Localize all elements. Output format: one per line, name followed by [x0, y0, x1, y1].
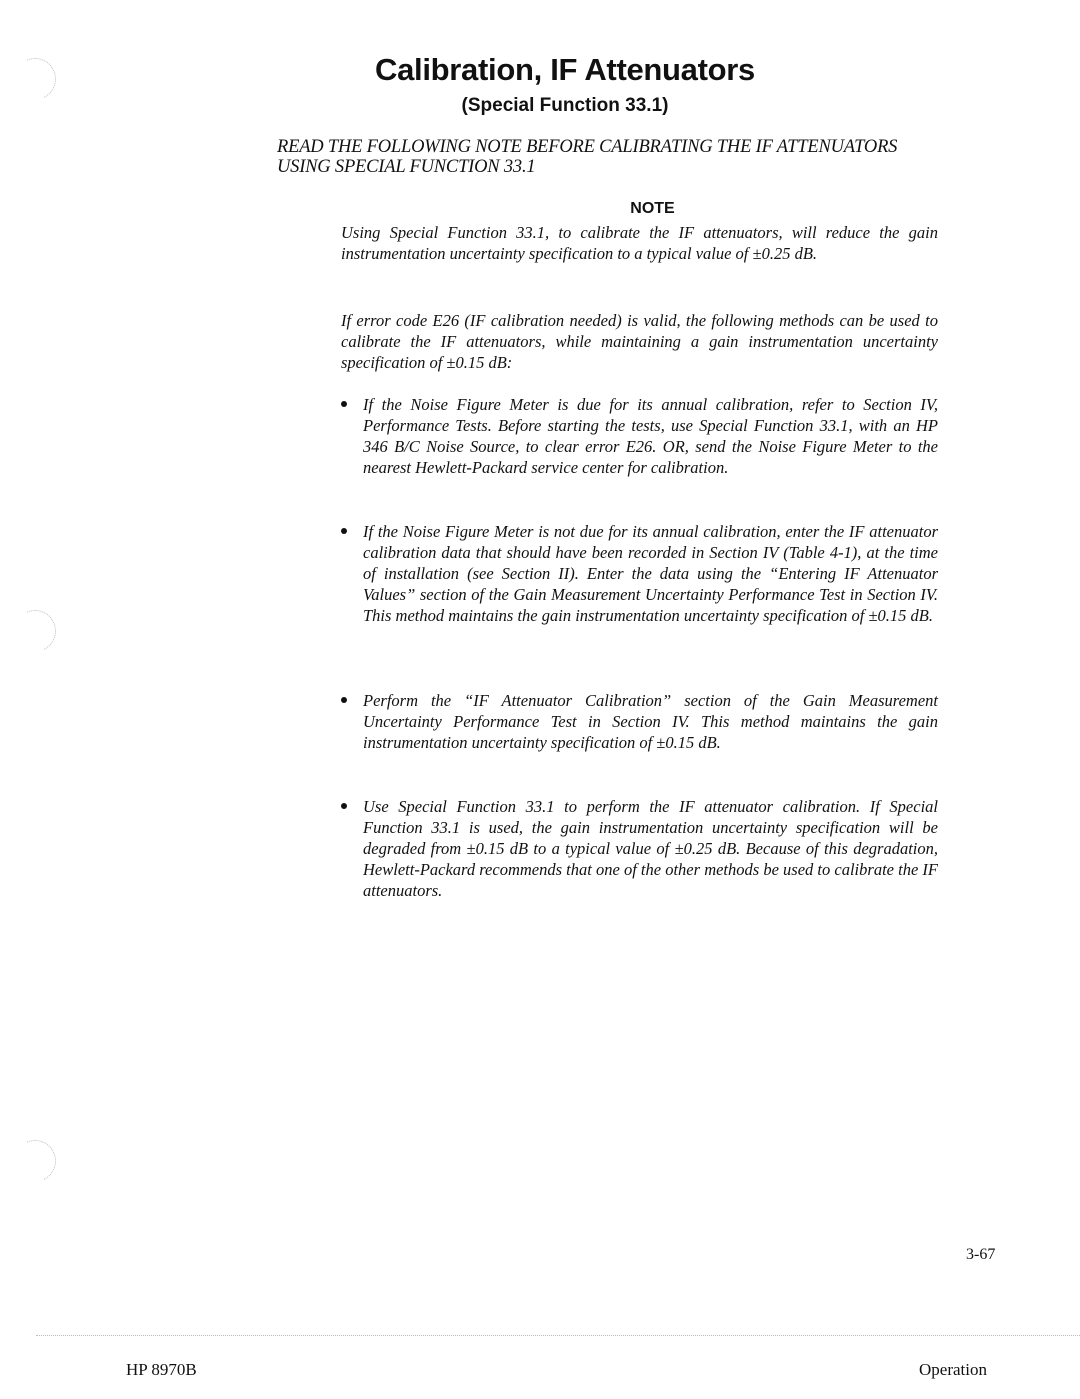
- list-item: Use Special Function 33.1 to perform the…: [341, 796, 938, 901]
- note-heading: NOTE: [0, 200, 1080, 218]
- page-subtitle: (Special Function 33.1): [0, 95, 1080, 117]
- page-number: 3-67: [966, 1246, 995, 1264]
- list-item: If the Noise Figure Meter is not due for…: [341, 521, 938, 626]
- list-item: Perform the “IF Attenuator Calibration” …: [341, 690, 938, 753]
- page-title: Calibration, IF Attenuators: [0, 52, 1080, 88]
- list-item-text: If the Noise Figure Meter is due for its…: [363, 394, 938, 478]
- punch-hole-mark: [8, 604, 62, 658]
- list-item-text: Use Special Function 33.1 to perform the…: [363, 796, 938, 901]
- note-paragraph: If error code E26 (IF calibration needed…: [341, 310, 938, 373]
- list-item-text: Perform the “IF Attenuator Calibration” …: [363, 690, 938, 753]
- note-paragraph: Using Special Function 33.1, to calibrat…: [341, 222, 938, 264]
- footer-model: HP 8970B: [126, 1360, 197, 1380]
- bullet-icon: [341, 803, 347, 809]
- bullet-icon: [341, 528, 347, 534]
- list-item-text: If the Noise Figure Meter is not due for…: [363, 521, 938, 626]
- punch-hole-mark: [8, 1134, 62, 1188]
- footer-divider: [36, 1335, 1080, 1336]
- bullet-icon: [341, 697, 347, 703]
- footer-section: Operation: [919, 1360, 987, 1380]
- list-item: If the Noise Figure Meter is due for its…: [341, 394, 938, 478]
- bullet-icon: [341, 401, 347, 407]
- warning-text: READ THE FOLLOWING NOTE BEFORE CALIBRATI…: [277, 137, 937, 177]
